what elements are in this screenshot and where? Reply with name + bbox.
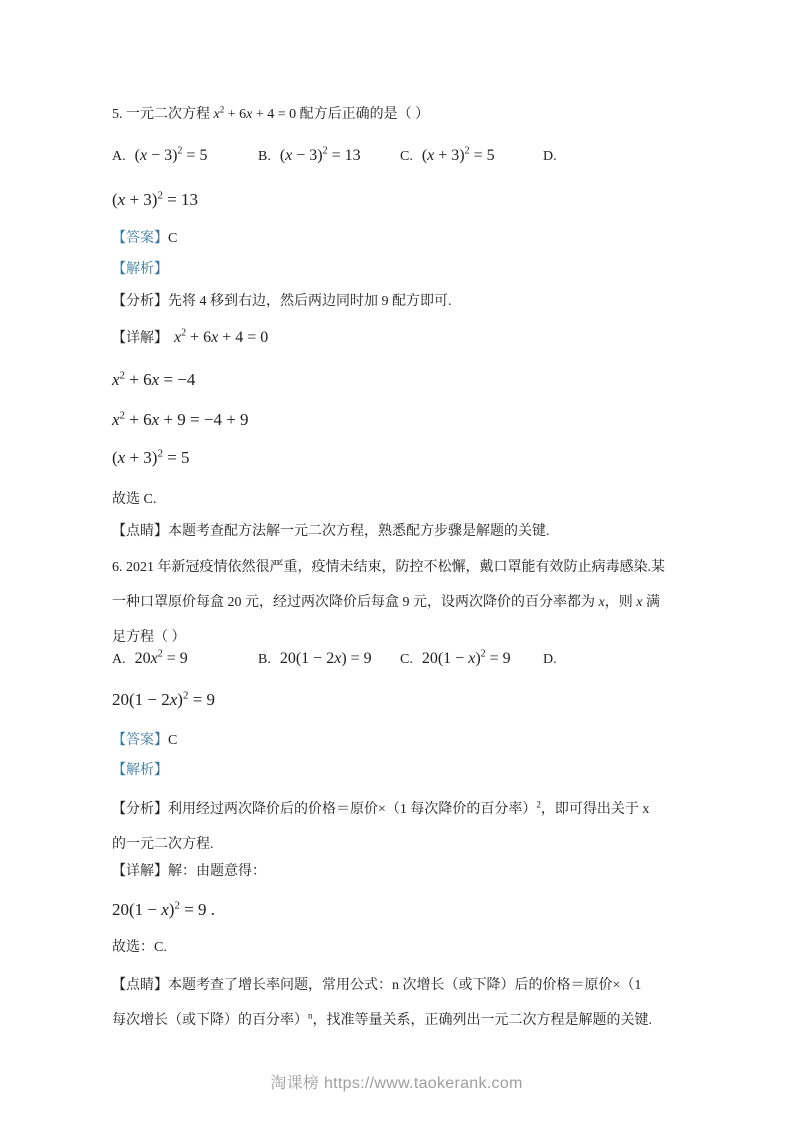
question-6-options: A.20x2 = 9 B.20(1 − 2x) = 9 C.20(1 − x)2… xyxy=(112,648,680,671)
stem-line: 一种口罩原价每盒 20 元，经过两次降价后每盒 9 元，设两次降价的百分率都为 … xyxy=(112,585,680,620)
option-d: D. xyxy=(543,648,680,671)
option-label: A. xyxy=(112,652,126,667)
equation-step: x2 + 6x + 9 = −4 + 9 xyxy=(112,406,680,434)
question-5-conclusion: 故选 C. xyxy=(112,489,680,511)
question-6-stem: 6. 2021 年新冠疫情依然很严重，疫情未结束，防控不松懈，戴口罩能有效防止病… xyxy=(112,550,680,655)
question-5-dianjing: 【点睛】本题考查配方法解一元二次方程，熟悉配方步骤是解题的关键. xyxy=(112,521,680,543)
footer: 淘课榜 https://www.taokerank.com xyxy=(0,1070,793,1093)
question-6-analysis-label-line: 【解析】 xyxy=(112,760,680,782)
document-page: 5. 一元二次方程 x2 + 6x + 4 = 0 配方后正确的是（ ） A.(… xyxy=(0,0,793,1122)
answer-value: C xyxy=(168,231,177,246)
question-5-options: A.(x − 3)2 = 5 B.(x − 3)2 = 13 C.(x + 3)… xyxy=(112,145,680,168)
xiangjie-equation: x2 + 6x + 4 = 0 xyxy=(174,329,268,346)
option-d: D. xyxy=(543,145,680,168)
question-6-xiangjie-line: 【详解】解：由题意得： xyxy=(112,861,680,883)
option-formula: (x − 3)2 = 5 xyxy=(135,147,208,164)
answer-label: 【答案】 xyxy=(112,733,168,748)
question-5-fenxi: 【分析】先将 4 移到右边，然后两边同时加 9 配方即可. xyxy=(112,291,680,313)
question-6-answer-line: 【答案】C xyxy=(112,730,680,752)
question-6-dianjing: 【点睛】本题考查了增长率问题，常用公式：n 次增长（或下降）后的价格＝原价×（1… xyxy=(112,968,680,1038)
option-c: C.20(1 − x)2 = 9 xyxy=(400,648,543,671)
question-6-fenxi: 【分析】利用经过两次降价后的价格＝原价×（1 每次降价的百分率）2，即可得出关于… xyxy=(112,792,680,862)
option-label: D. xyxy=(543,652,557,667)
analysis-label: 【解析】 xyxy=(112,763,168,778)
option-label: A. xyxy=(112,149,126,164)
option-b: B.(x − 3)2 = 13 xyxy=(258,145,400,168)
equation-step: x2 + 6x = −4 xyxy=(112,366,680,394)
question-5-stem: 5. 一元二次方程 x2 + 6x + 4 = 0 配方后正确的是（ ） xyxy=(112,104,680,126)
stem-line: 6. 2021 年新冠疫情依然很严重，疫情未结束，防控不松懈，戴口罩能有效防止病… xyxy=(112,550,680,585)
option-formula: 20(1 − x)2 = 9 xyxy=(422,650,511,667)
dianjing-line: 每次增长（或下降）的百分率）n，找准等量关系，正确列出一元二次方程是解题的关键. xyxy=(112,1003,680,1038)
option-formula: 20(1 − 2x) = 9 xyxy=(280,650,372,667)
option-label: C. xyxy=(400,149,413,164)
question-5-answer-line: 【答案】C xyxy=(112,228,680,250)
footer-text: 淘课榜 https://www.taokerank.com xyxy=(270,1075,522,1092)
equation-step: (x + 3)2 = 5 xyxy=(112,444,680,472)
xiangjie-label: 【详解】 xyxy=(112,331,168,346)
question-6-conclusion: 故选：C. xyxy=(112,937,680,959)
option-formula: (x + 3)2 = 5 xyxy=(422,147,495,164)
option-b: B.20(1 − 2x) = 9 xyxy=(258,648,400,671)
analysis-label: 【解析】 xyxy=(112,262,168,277)
option-a: A.20x2 = 9 xyxy=(112,648,258,671)
option-formula: 20x2 = 9 xyxy=(135,650,188,667)
xiangjie-label: 【详解】 xyxy=(112,864,168,879)
option-label: B. xyxy=(258,149,271,164)
question-6-equation: 20(1 − x)2 = 9 . xyxy=(112,896,680,924)
question-5-analysis-label-line: 【解析】 xyxy=(112,259,680,281)
question-6-option-d-formula: 20(1 − 2x)2 = 9 xyxy=(112,686,680,714)
answer-label: 【答案】 xyxy=(112,231,168,246)
option-c: C.(x + 3)2 = 5 xyxy=(400,145,543,168)
fenxi-line: 【分析】利用经过两次降价后的价格＝原价×（1 每次降价的百分率）2，即可得出关于… xyxy=(112,792,680,827)
xiangjie-text: 解：由题意得： xyxy=(168,864,266,879)
answer-value: C xyxy=(168,733,177,748)
question-5-option-d-formula: (x + 3)2 = 13 xyxy=(112,186,680,214)
option-label: B. xyxy=(258,652,271,667)
question-5-xiangjie-line: 【详解】x2 + 6x + 4 = 0 xyxy=(112,327,680,350)
option-formula: (x − 3)2 = 13 xyxy=(280,147,361,164)
fenxi-line: 的一元二次方程. xyxy=(112,827,680,862)
option-label: C. xyxy=(400,652,413,667)
option-label: D. xyxy=(543,149,557,164)
dianjing-line: 【点睛】本题考查了增长率问题，常用公式：n 次增长（或下降）后的价格＝原价×（1 xyxy=(112,968,680,1003)
option-a: A.(x − 3)2 = 5 xyxy=(112,145,258,168)
